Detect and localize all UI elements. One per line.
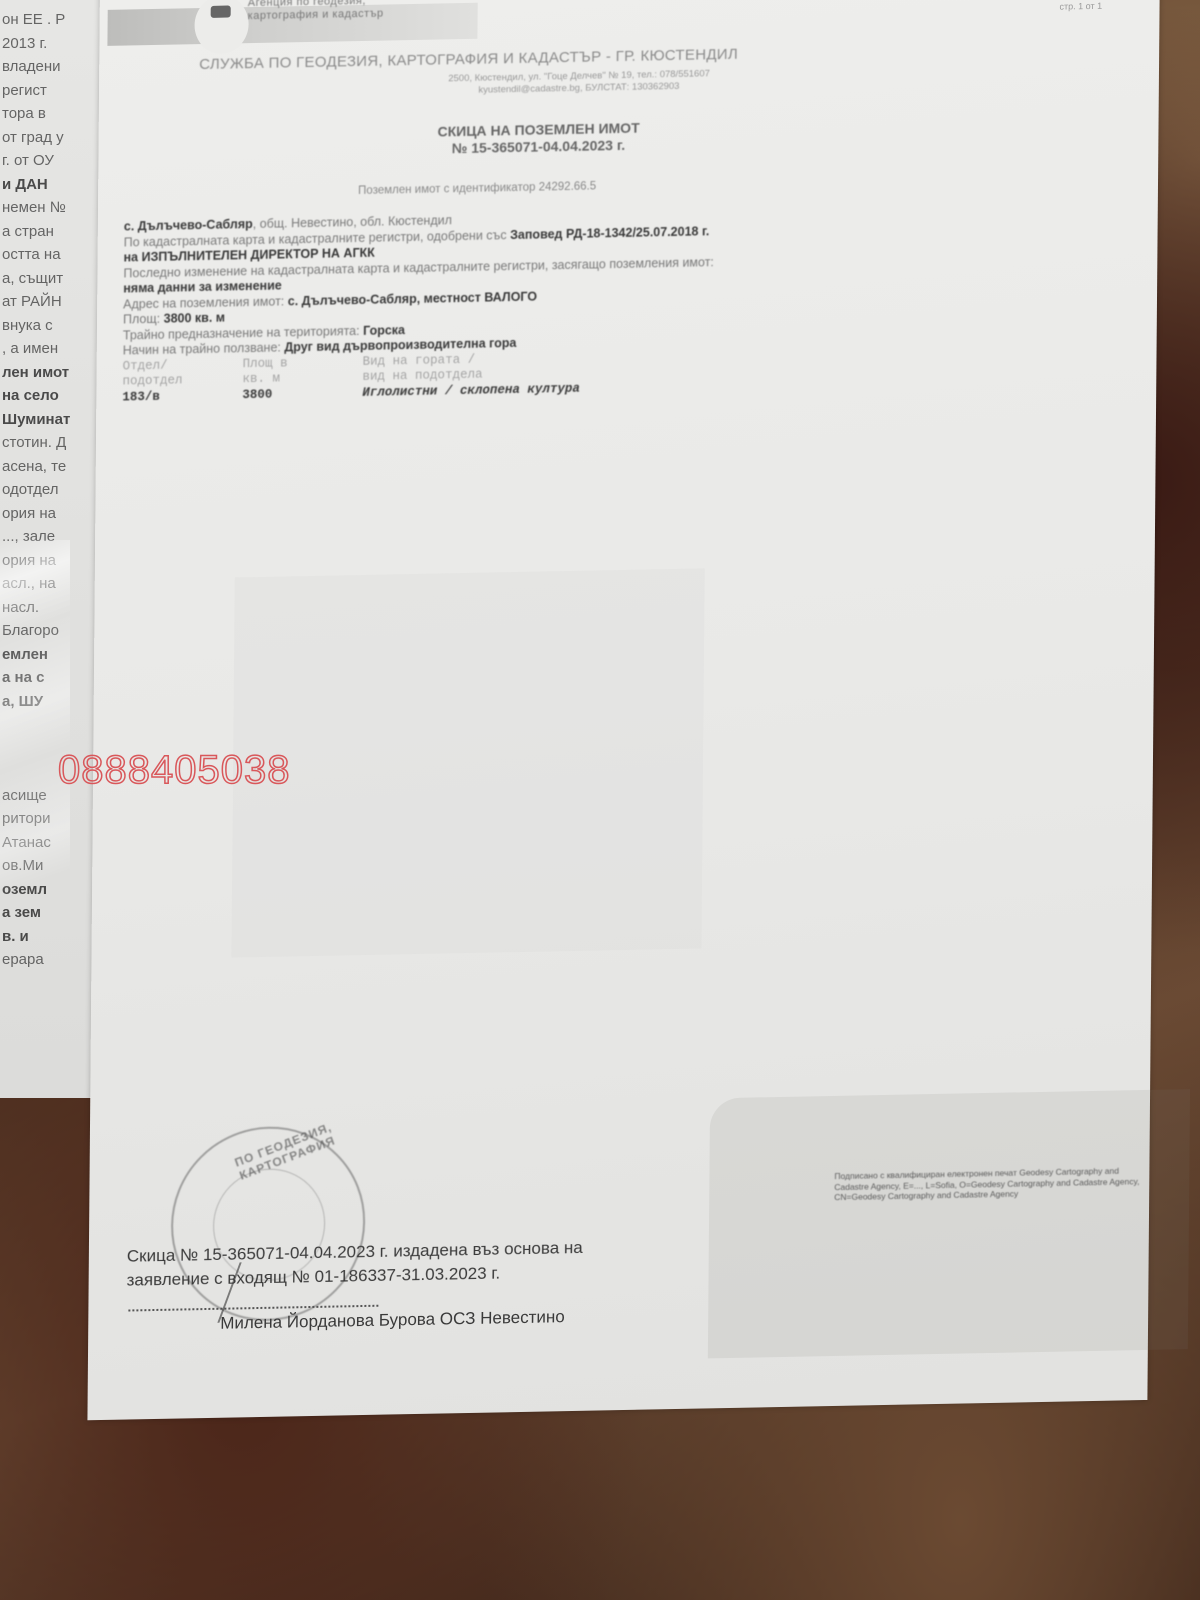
- area-value: 3800 кв. м: [164, 311, 226, 326]
- shadow-area: [708, 1089, 1190, 1358]
- stamp-text: ПО ГЕОДЕЗИЯ, КАРТОГРАФИЯ: [233, 1110, 365, 1183]
- address-label: Адрес на поземления имот:: [123, 294, 284, 311]
- cadastral-sketch-sheet: Агенция по геодезия, картография и кадас…: [87, 0, 1160, 1420]
- purpose-value: Горска: [363, 323, 405, 338]
- table-cell: 183/в: [122, 388, 242, 406]
- phone-watermark: 0888405038: [58, 748, 290, 793]
- village-name: с. Дълъчево-Сабляр: [124, 217, 253, 233]
- area-label: Площ:: [123, 312, 160, 327]
- agency-name: Агенция по геодезия, картография и кадас…: [248, 0, 384, 23]
- cadastral-map-order: Заповед РД-18-1342/25.07.2018 г.: [510, 224, 709, 242]
- coat-of-arms-icon: [194, 0, 249, 54]
- issuance-statement: Скица № 15-365071-04.04.2023 г. издадена…: [127, 1236, 583, 1293]
- electronic-seal-note: Подписано с квалифициран електронен печа…: [834, 1165, 1154, 1203]
- property-identifier: Поземлен имот с идентификатор 24292.66.5: [358, 180, 596, 197]
- document-title: СКИЦА НА ПОЗЕМЛЕН ИМОТ № 15-365071-04.04…: [328, 118, 748, 160]
- office-contact: 2500, Кюстендил, ул. "Гоце Делчев" № 19,…: [349, 66, 809, 99]
- usage-label: Начин на трайно ползване:: [123, 341, 281, 358]
- agency-name-line2: картография и кадастър: [248, 8, 384, 24]
- page-reference: стр. 1 от 1: [1060, 1, 1103, 12]
- table-cell: 3800: [242, 385, 362, 403]
- property-details: с. Дълъчево-Сабляр, общ. Невестино, обл.…: [122, 202, 1024, 405]
- shadow-area: [231, 568, 704, 957]
